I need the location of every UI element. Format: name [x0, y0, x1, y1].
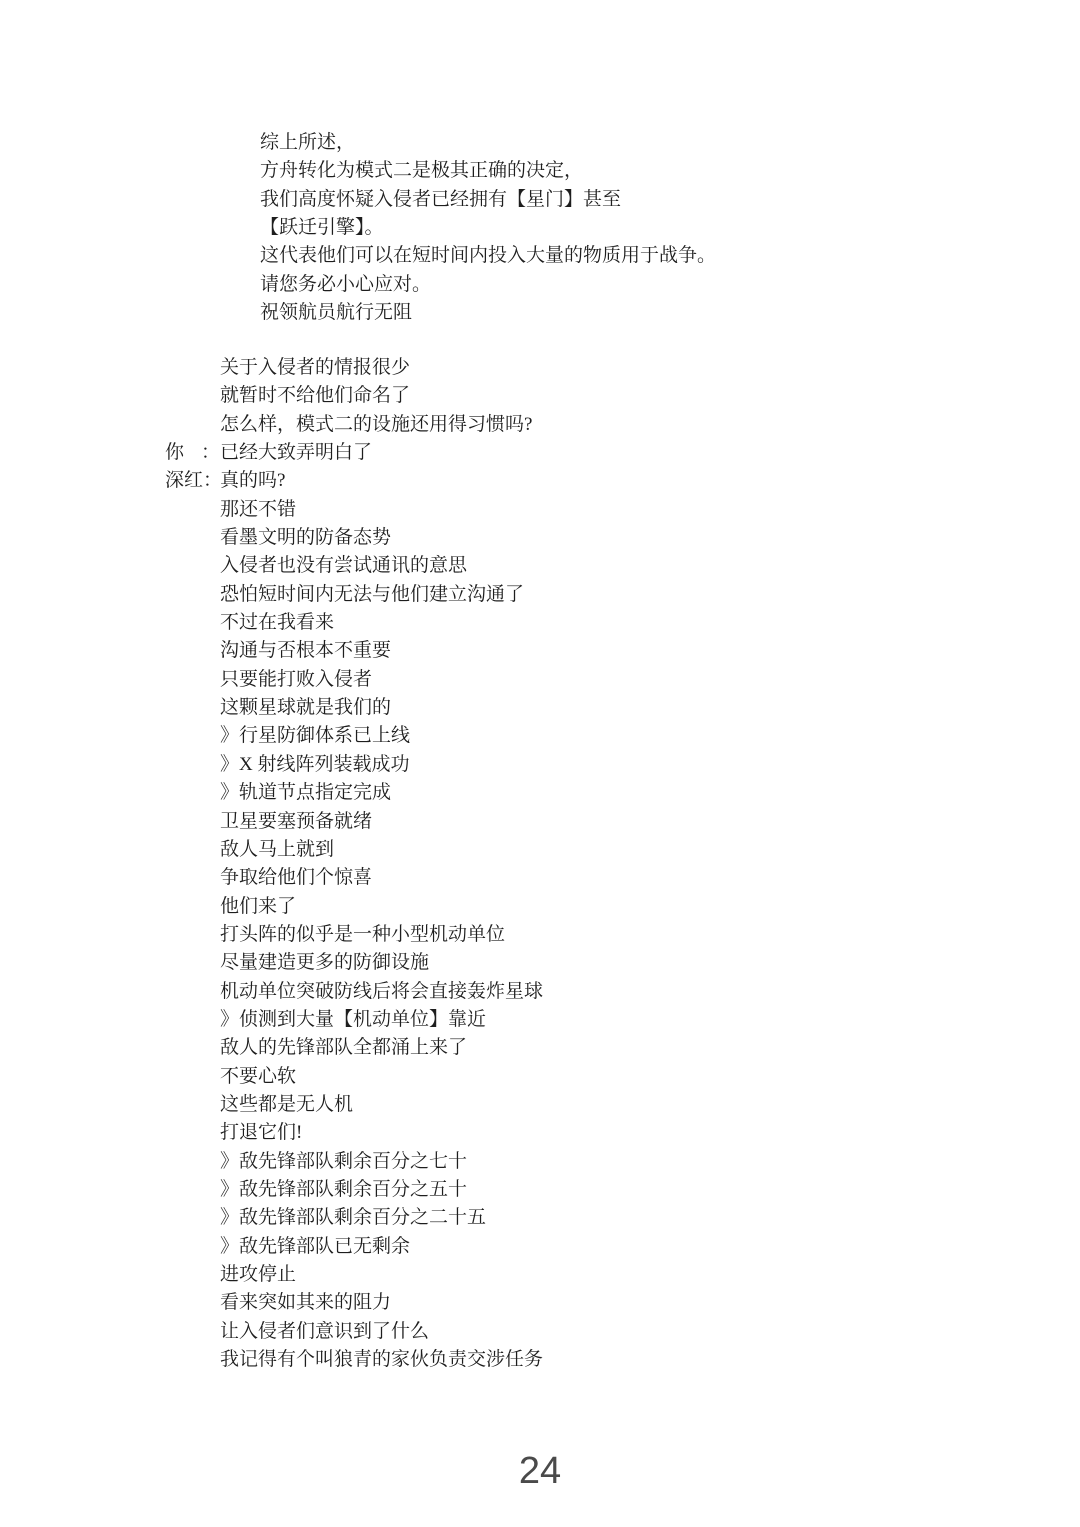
dialogue-line: 这些都是无人机 — [165, 1091, 543, 1119]
speaker-colon: ： — [201, 439, 220, 467]
dialogue-text: 尽量建造更多的防御设施 — [220, 952, 429, 973]
dialogue-text: 进攻停止 — [220, 1264, 296, 1285]
dialogue-text: 》敌先锋部队剩余百分之七十 — [220, 1151, 467, 1172]
dialogue-text: 》敌先锋部队已无剩余 — [220, 1236, 410, 1257]
dialogue-line: 这颗星球就是我们的 — [165, 694, 543, 722]
dialogue-line: 》敌先锋部队剩余百分之五十 — [165, 1176, 543, 1204]
dialogue-line: 》X 射线阵列装载成功 — [165, 751, 543, 779]
dialogue-line: 争取给他们个惊喜 — [165, 864, 543, 892]
dialogue-line: 让入侵者们意识到了什么 — [165, 1318, 543, 1346]
dialogue-text: 不要心软 — [220, 1066, 296, 1087]
dialogue-text: 打头阵的似乎是一种小型机动单位 — [220, 924, 505, 945]
dialogue-line: 机动单位突破防线后将会直接轰炸星球 — [165, 978, 543, 1006]
dialogue-line: 进攻停止 — [165, 1261, 543, 1289]
dialogue-line: 看墨文明的防备态势 — [165, 524, 543, 552]
dialogue-text: 打退它们! — [220, 1122, 302, 1143]
dialogue-text: 卫星要塞预备就绪 — [220, 811, 372, 832]
dialogue-text: 不过在我看来 — [220, 612, 334, 633]
dialogue-text: 关于入侵者的情报很少 — [220, 357, 410, 378]
dialogue-text: 》行星防御体系已上线 — [220, 725, 410, 746]
dialogue-line: 怎么样，模式二的设施还用得习惯吗? — [165, 411, 543, 439]
dialogue-line: 恐怕短时间内无法与他们建立沟通了 — [165, 581, 543, 609]
dialogue-text: 只要能打败入侵者 — [220, 669, 372, 690]
letter-line: 方舟转化为模式二是极其正确的决定， — [260, 157, 716, 185]
dialogue-line: 那还不错 — [165, 496, 543, 524]
dialogue-text: 看墨文明的防备态势 — [220, 527, 391, 548]
dialogue-line: 只要能打败入侵者 — [165, 666, 543, 694]
dialogue-line: 》侦测到大量【机动单位】靠近 — [165, 1006, 543, 1034]
dialogue-text: 入侵者也没有尝试通讯的意思 — [220, 555, 467, 576]
dialogue-text: 那还不错 — [220, 499, 296, 520]
letter-line: 【跃迁引擎】。 — [260, 214, 716, 242]
dialogue-text: 》敌先锋部队剩余百分之五十 — [220, 1179, 467, 1200]
dialogue-line: 你：已经大致弄明白了 — [165, 439, 543, 467]
dialogue-line: 打头阵的似乎是一种小型机动单位 — [165, 921, 543, 949]
dialogue-text: 怎么样，模式二的设施还用得习惯吗? — [220, 414, 532, 435]
letter-line: 综上所述， — [260, 129, 716, 157]
dialogue-text: 恐怕短时间内无法与他们建立沟通了 — [220, 584, 524, 605]
dialogue-text: 这颗星球就是我们的 — [220, 697, 391, 718]
dialogue-text: 这些都是无人机 — [220, 1094, 353, 1115]
dialogue-text: 》X 射线阵列装载成功 — [220, 754, 409, 775]
dialogue-line: 敌人马上就到 — [165, 836, 543, 864]
dialogue-line: 打退它们! — [165, 1119, 543, 1147]
dialogue-text: 敌人马上就到 — [220, 839, 334, 860]
dialogue-line: 深红：真的吗? — [165, 467, 543, 495]
dialogue-line: 他们来了 — [165, 893, 543, 921]
dialogue-text: 我记得有个叫狼青的家伙负责交涉任务 — [220, 1349, 543, 1370]
dialogue-text: 敌人的先锋部队全都涌上来了 — [220, 1037, 467, 1058]
dialogue-line: 》敌先锋部队剩余百分之七十 — [165, 1148, 543, 1176]
dialogue-line: 敌人的先锋部队全都涌上来了 — [165, 1034, 543, 1062]
dialogue-line: 沟通与否根本不重要 — [165, 637, 543, 665]
speaker-name: 深红 — [165, 467, 203, 495]
letter-line: 祝领航员航行无阻 — [260, 299, 716, 327]
dialogue-line: 就暂时不给他们命名了 — [165, 382, 543, 410]
page-number: 24 — [0, 1450, 1080, 1493]
letter-line: 这代表他们可以在短时间内投入大量的物质用于战争。 — [260, 242, 716, 270]
dialogue-line: 》敌先锋部队已无剩余 — [165, 1233, 543, 1261]
letter-line: 我们高度怀疑入侵者已经拥有【星门】甚至 — [260, 186, 716, 214]
dialogue-line: 卫星要塞预备就绪 — [165, 808, 543, 836]
speaker-colon: ： — [203, 467, 222, 495]
dialogue-line: 》行星防御体系已上线 — [165, 722, 543, 750]
dialogue-text: 沟通与否根本不重要 — [220, 640, 391, 661]
dialogue-line: 入侵者也没有尝试通讯的意思 — [165, 552, 543, 580]
dialogue-text: 他们来了 — [220, 896, 296, 917]
document-page: 综上所述，方舟转化为模式二是极其正确的决定，我们高度怀疑入侵者已经拥有【星门】甚… — [0, 0, 1080, 1527]
dialogue-line: 不过在我看来 — [165, 609, 543, 637]
speaker-label: 深红： — [165, 467, 220, 495]
speaker-label: 你： — [165, 439, 220, 467]
dialogue-text: 已经大致弄明白了 — [220, 442, 372, 463]
dialogue-line: 不要心软 — [165, 1063, 543, 1091]
dialogue-text: 让入侵者们意识到了什么 — [220, 1321, 429, 1342]
dialogue-line: 关于入侵者的情报很少 — [165, 354, 543, 382]
dialogue-line: 我记得有个叫狼青的家伙负责交涉任务 — [165, 1346, 543, 1374]
speaker-name: 你 — [165, 439, 184, 467]
letter-paragraph: 综上所述，方舟转化为模式二是极其正确的决定，我们高度怀疑入侵者已经拥有【星门】甚… — [260, 129, 716, 327]
dialogue-text: 看来突如其来的阻力 — [220, 1292, 391, 1313]
letter-line: 请您务必小心应对。 — [260, 271, 716, 299]
dialogue-line: 看来突如其来的阻力 — [165, 1289, 543, 1317]
dialogue-text: 真的吗? — [220, 470, 285, 491]
dialogue-line: 》敌先锋部队剩余百分之二十五 — [165, 1204, 543, 1232]
dialogue-text: 争取给他们个惊喜 — [220, 867, 372, 888]
dialogue-text: 就暂时不给他们命名了 — [220, 385, 410, 406]
dialogue-line: 尽量建造更多的防御设施 — [165, 949, 543, 977]
dialogue-text: 》轨道节点指定完成 — [220, 782, 391, 803]
dialogue-text: 》侦测到大量【机动单位】靠近 — [220, 1009, 486, 1030]
dialogue-text: 机动单位突破防线后将会直接轰炸星球 — [220, 981, 543, 1002]
dialogue-line: 》轨道节点指定完成 — [165, 779, 543, 807]
dialogue-paragraph: 关于入侵者的情报很少就暂时不给他们命名了怎么样，模式二的设施还用得习惯吗?你：已… — [165, 354, 543, 1374]
dialogue-text: 》敌先锋部队剩余百分之二十五 — [220, 1207, 486, 1228]
